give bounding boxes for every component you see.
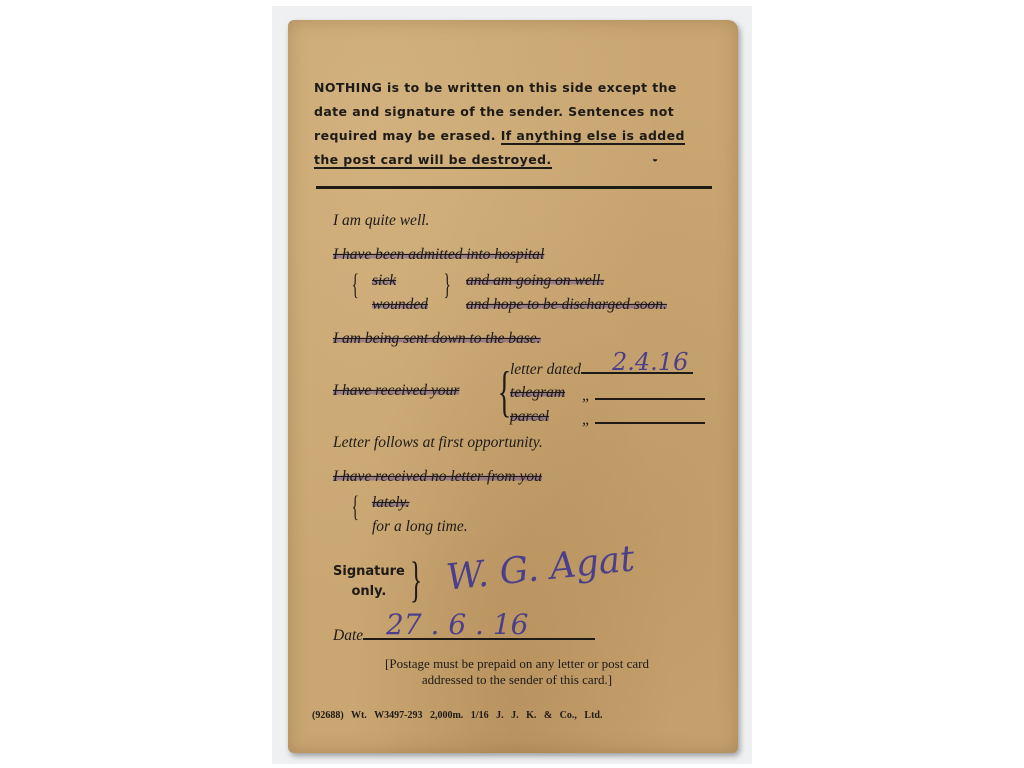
option-lately: lately.	[372, 494, 409, 512]
ditto-mark: „	[582, 411, 591, 428]
telegram-ditto: „	[582, 386, 705, 405]
handwritten-signature: W. G. Agat	[444, 538, 636, 599]
postage-line-2: addressed to the sender of this card.]	[332, 672, 702, 688]
printer-imprint: (92688) Wt. W3497-293 2,000m. 1/16 J. J.…	[312, 710, 602, 721]
field-service-post-card: NOTHING is to be written on this side ex…	[288, 20, 738, 753]
notice-lead-word: NOTHING	[314, 80, 382, 95]
divider-rule	[316, 186, 712, 189]
option-going-on-well: and am going on well.	[466, 272, 604, 290]
brace-left: {	[352, 270, 359, 300]
option-hope-discharged: and hope to be discharged soon.	[466, 296, 667, 314]
statement-quite-well: I am quite well.	[333, 212, 429, 230]
notice-warning-part-2: the post card will be destroyed.	[314, 152, 552, 169]
statement-sent-to-base: I am being sent down to the base.	[333, 330, 541, 348]
option-sick: sick	[372, 272, 396, 290]
statement-admitted-hospital: I have been admitted into hospital	[333, 246, 544, 264]
statement-received-your: I have received your	[333, 382, 459, 400]
statement-no-letter: I have received no letter from you	[333, 468, 542, 486]
notice-warning-part-1: If anything else is added	[501, 128, 685, 145]
option-long-time: for a long time.	[372, 518, 468, 536]
option-parcel: parcel	[510, 408, 549, 426]
postage-line-1: [Postage must be prepaid on any letter o…	[332, 656, 702, 672]
parcel-ditto: „	[582, 410, 705, 429]
telegram-date-line	[595, 386, 705, 400]
ink-mark-icon: ◒	[652, 154, 658, 165]
option-telegram: telegram	[510, 384, 565, 402]
date-label: Date	[333, 627, 363, 644]
notice-line-1: is to be written on this side except the	[382, 80, 677, 95]
handwritten-letter-date: 2.4.16	[612, 348, 688, 376]
postage-notice: [Postage must be prepaid on any letter o…	[332, 656, 702, 688]
statement-letter-follows: Letter follows at first opportunity.	[333, 434, 543, 452]
signature-label-line-1: Signature	[333, 562, 405, 582]
letter-dated-label: letter dated	[510, 361, 581, 378]
brace-signature: }	[410, 554, 422, 604]
notice-line-3: required may be erased.	[314, 128, 501, 143]
signature-label: Signature only.	[333, 562, 405, 602]
notice-line-2: date and signature of the sender. Senten…	[314, 100, 718, 124]
handwritten-date: 27 . 6 . 16	[386, 608, 528, 641]
signature-label-line-2: only.	[333, 582, 405, 602]
option-wounded: wounded	[372, 296, 428, 314]
parcel-date-line	[595, 410, 705, 424]
brace-right: }	[444, 270, 451, 300]
ditto-mark: „	[582, 387, 591, 404]
brace-no-letter: {	[352, 492, 359, 522]
